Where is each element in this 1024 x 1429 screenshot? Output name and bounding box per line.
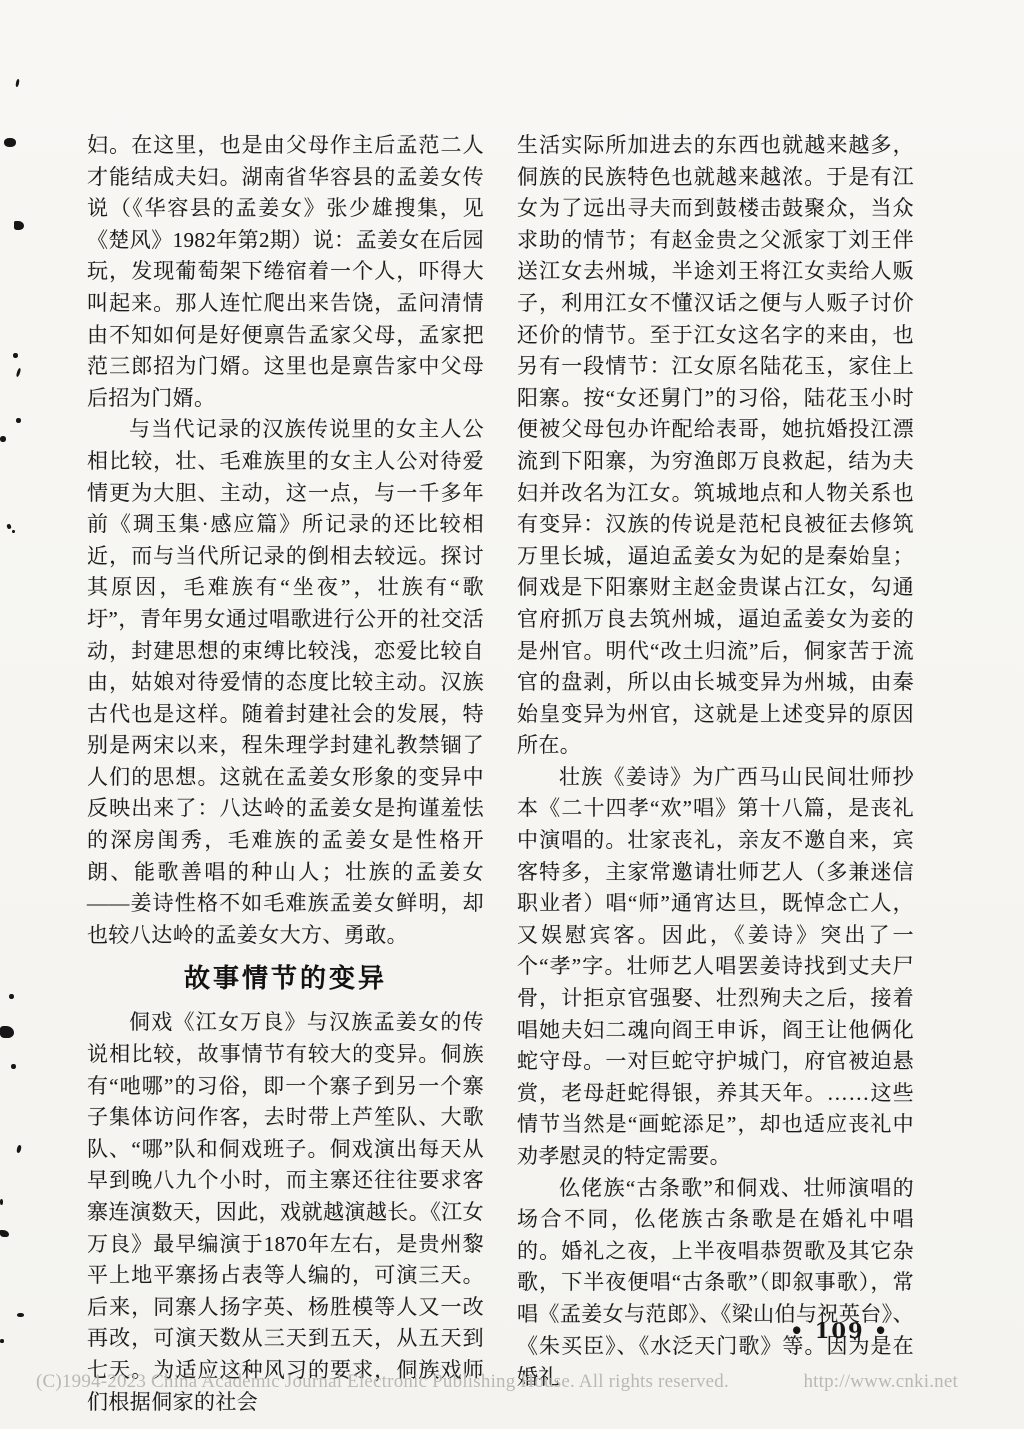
ink-speck: [13, 353, 18, 358]
ink-speck: [4, 138, 16, 147]
ink-speck: [0, 1339, 4, 1343]
section-heading: 故事情节的变异: [87, 963, 484, 996]
copyright-footer: (C)1994-2023 China Academic Journal Elec…: [36, 1371, 958, 1393]
ink-speck: [0, 1026, 14, 1038]
page-number: • 109 •: [790, 1318, 889, 1343]
scanned-page: 妇。在这里，也是由父母作主后孟范二人才能结成夫妇。湖南省华容县的孟姜女传说（《华…: [0, 0, 1024, 1429]
cnki-url: http://www.cnki.net: [803, 1371, 958, 1393]
ink-speck: [12, 530, 15, 533]
ink-speck: [0, 436, 6, 442]
para-dong-opera: 侗戏《江女万良》与汉族孟姜女的传说相比较，故事情节有较大的变异。侗族有“吔哪”的…: [87, 1007, 484, 1418]
ink-speck: [17, 1313, 24, 1317]
right-column: 生活实际所加进去的东西也就越来越多，侗族的民族特色也就越来越浓。于是有江女为了远…: [517, 130, 914, 1394]
para-heroine-comparison: 与当代记录的汉族传说里的女主人公相比较，壮、毛难族里的女主人公对待爱情更为大胆、…: [87, 414, 484, 951]
ink-speck: [15, 79, 20, 87]
ink-speck: [16, 368, 22, 377]
para-zhuang-jiangshi: 壮族《姜诗》为广西马山民间壮师抄本《二十四孝“欢”唱》第十八篇，是丧礼中演唱的。…: [517, 762, 914, 1173]
ink-speck: [9, 994, 14, 999]
ink-speck: [16, 418, 21, 423]
ink-speck: [6, 523, 11, 529]
left-column: 妇。在这里，也是由父母作主后孟范二人才能结成夫妇。湖南省华容县的孟姜女传说（《华…: [87, 130, 484, 1418]
para-dong-opera-continued: 生活实际所加进去的东西也就越来越多，侗族的民族特色也就越来越浓。于是有江女为了远…: [517, 130, 914, 762]
ink-speck: [14, 221, 24, 230]
copyright-text: (C)1994-2023 China Academic Journal Elec…: [36, 1371, 729, 1393]
ink-speck: [11, 1064, 16, 1069]
para-mulao-gutiaoge: 仫佬族“古条歌”和侗戏、壮师演唱的场合不同，仫佬族古条歌是在婚礼中唱的。婚礼之夜…: [517, 1173, 914, 1394]
ink-speck: [0, 1199, 3, 1205]
para-marriage-legend: 妇。在这里，也是由父母作主后孟范二人才能结成夫妇。湖南省华容县的孟姜女传说（《华…: [87, 130, 484, 414]
ink-speck: [16, 1145, 22, 1154]
ink-speck: [0, 1230, 9, 1237]
